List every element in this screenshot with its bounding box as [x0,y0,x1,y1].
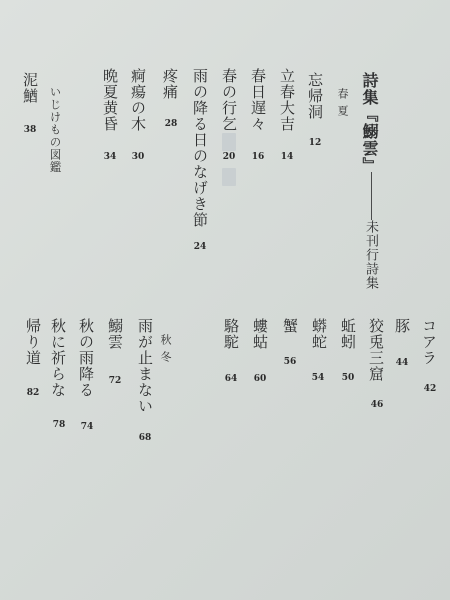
page-number: 20 [218,152,240,162]
page-number: 82 [22,388,44,398]
toc-entry-title[interactable]: 蟒蛇 [311,318,326,350]
page-number: 46 [366,400,388,410]
bleed-through-mark [222,168,236,186]
page-number: 64 [220,374,242,384]
toc-entry-title[interactable]: 秋の雨降る [78,318,93,398]
toc-entry-title[interactable]: 蟹 [282,318,297,334]
page-number: 42 [419,384,441,394]
subsection-heading: いじけもの図鑑 [49,86,61,174]
toc-entry-title[interactable]: 駱駝 [223,318,238,350]
toc-entry-title[interactable]: 晩夏黄昏 [102,68,117,132]
bleed-through-mark [222,133,236,151]
page-number: 50 [337,373,359,383]
page-number: 54 [307,373,329,383]
page-number: 72 [104,376,126,386]
toc-entry-title[interactable]: 雨が止まない [137,318,152,414]
page-number: 56 [279,357,301,367]
page-number: 34 [99,152,121,162]
toc-entry-title[interactable]: 春の行乞 [221,68,236,132]
toc-entry-title[interactable]: 狡兎三窟 [368,318,383,382]
page-number: 44 [391,358,413,368]
collection-subtitle: 未刊行詩集 [364,220,377,290]
toc-entry-title[interactable]: 雨の降る日のなげき節 [192,68,207,228]
page-number: 14 [276,152,298,162]
toc-entry-title[interactable]: 忘帰洞 [307,72,322,120]
page-number: 30 [127,152,149,162]
page-number: 74 [76,422,98,432]
page-number: 28 [160,119,182,129]
page-number: 68 [134,433,156,443]
toc-entry-title[interactable]: 立春大吉 [279,68,294,132]
toc-entry-title[interactable]: 螻蛄 [252,318,267,350]
toc-entry-title[interactable]: 疼痛 [162,68,177,100]
toc-entry-title[interactable]: 蚯蚓 [340,318,355,350]
page-number: 78 [48,420,70,430]
page-number: 16 [247,152,269,162]
page-number: 12 [304,138,326,148]
section-spring-summer: 春夏 [337,88,348,122]
page-number: 24 [189,242,211,252]
toc-entry-title[interactable]: 帰り道 [25,318,40,366]
collection-title: 詩集『鰯雲』 [361,72,377,174]
title-dash [371,172,372,220]
toc-entry-title[interactable]: 秋に祈らな [50,318,65,398]
toc-entry-title[interactable]: 春日遅々 [250,68,265,132]
page-number: 60 [249,374,271,384]
toc-entry-title[interactable]: 鰯雲 [107,318,122,350]
toc-entry-title[interactable]: コアラ [421,318,436,366]
section-autumn-winter: 秋冬 [160,334,171,368]
toc-entry-title[interactable]: 痾瘍の木 [130,68,145,132]
toc-entry-title[interactable]: 泥鰌 [22,72,37,104]
page-number: 38 [19,125,41,135]
toc-entry-title[interactable]: 豚 [394,318,409,334]
